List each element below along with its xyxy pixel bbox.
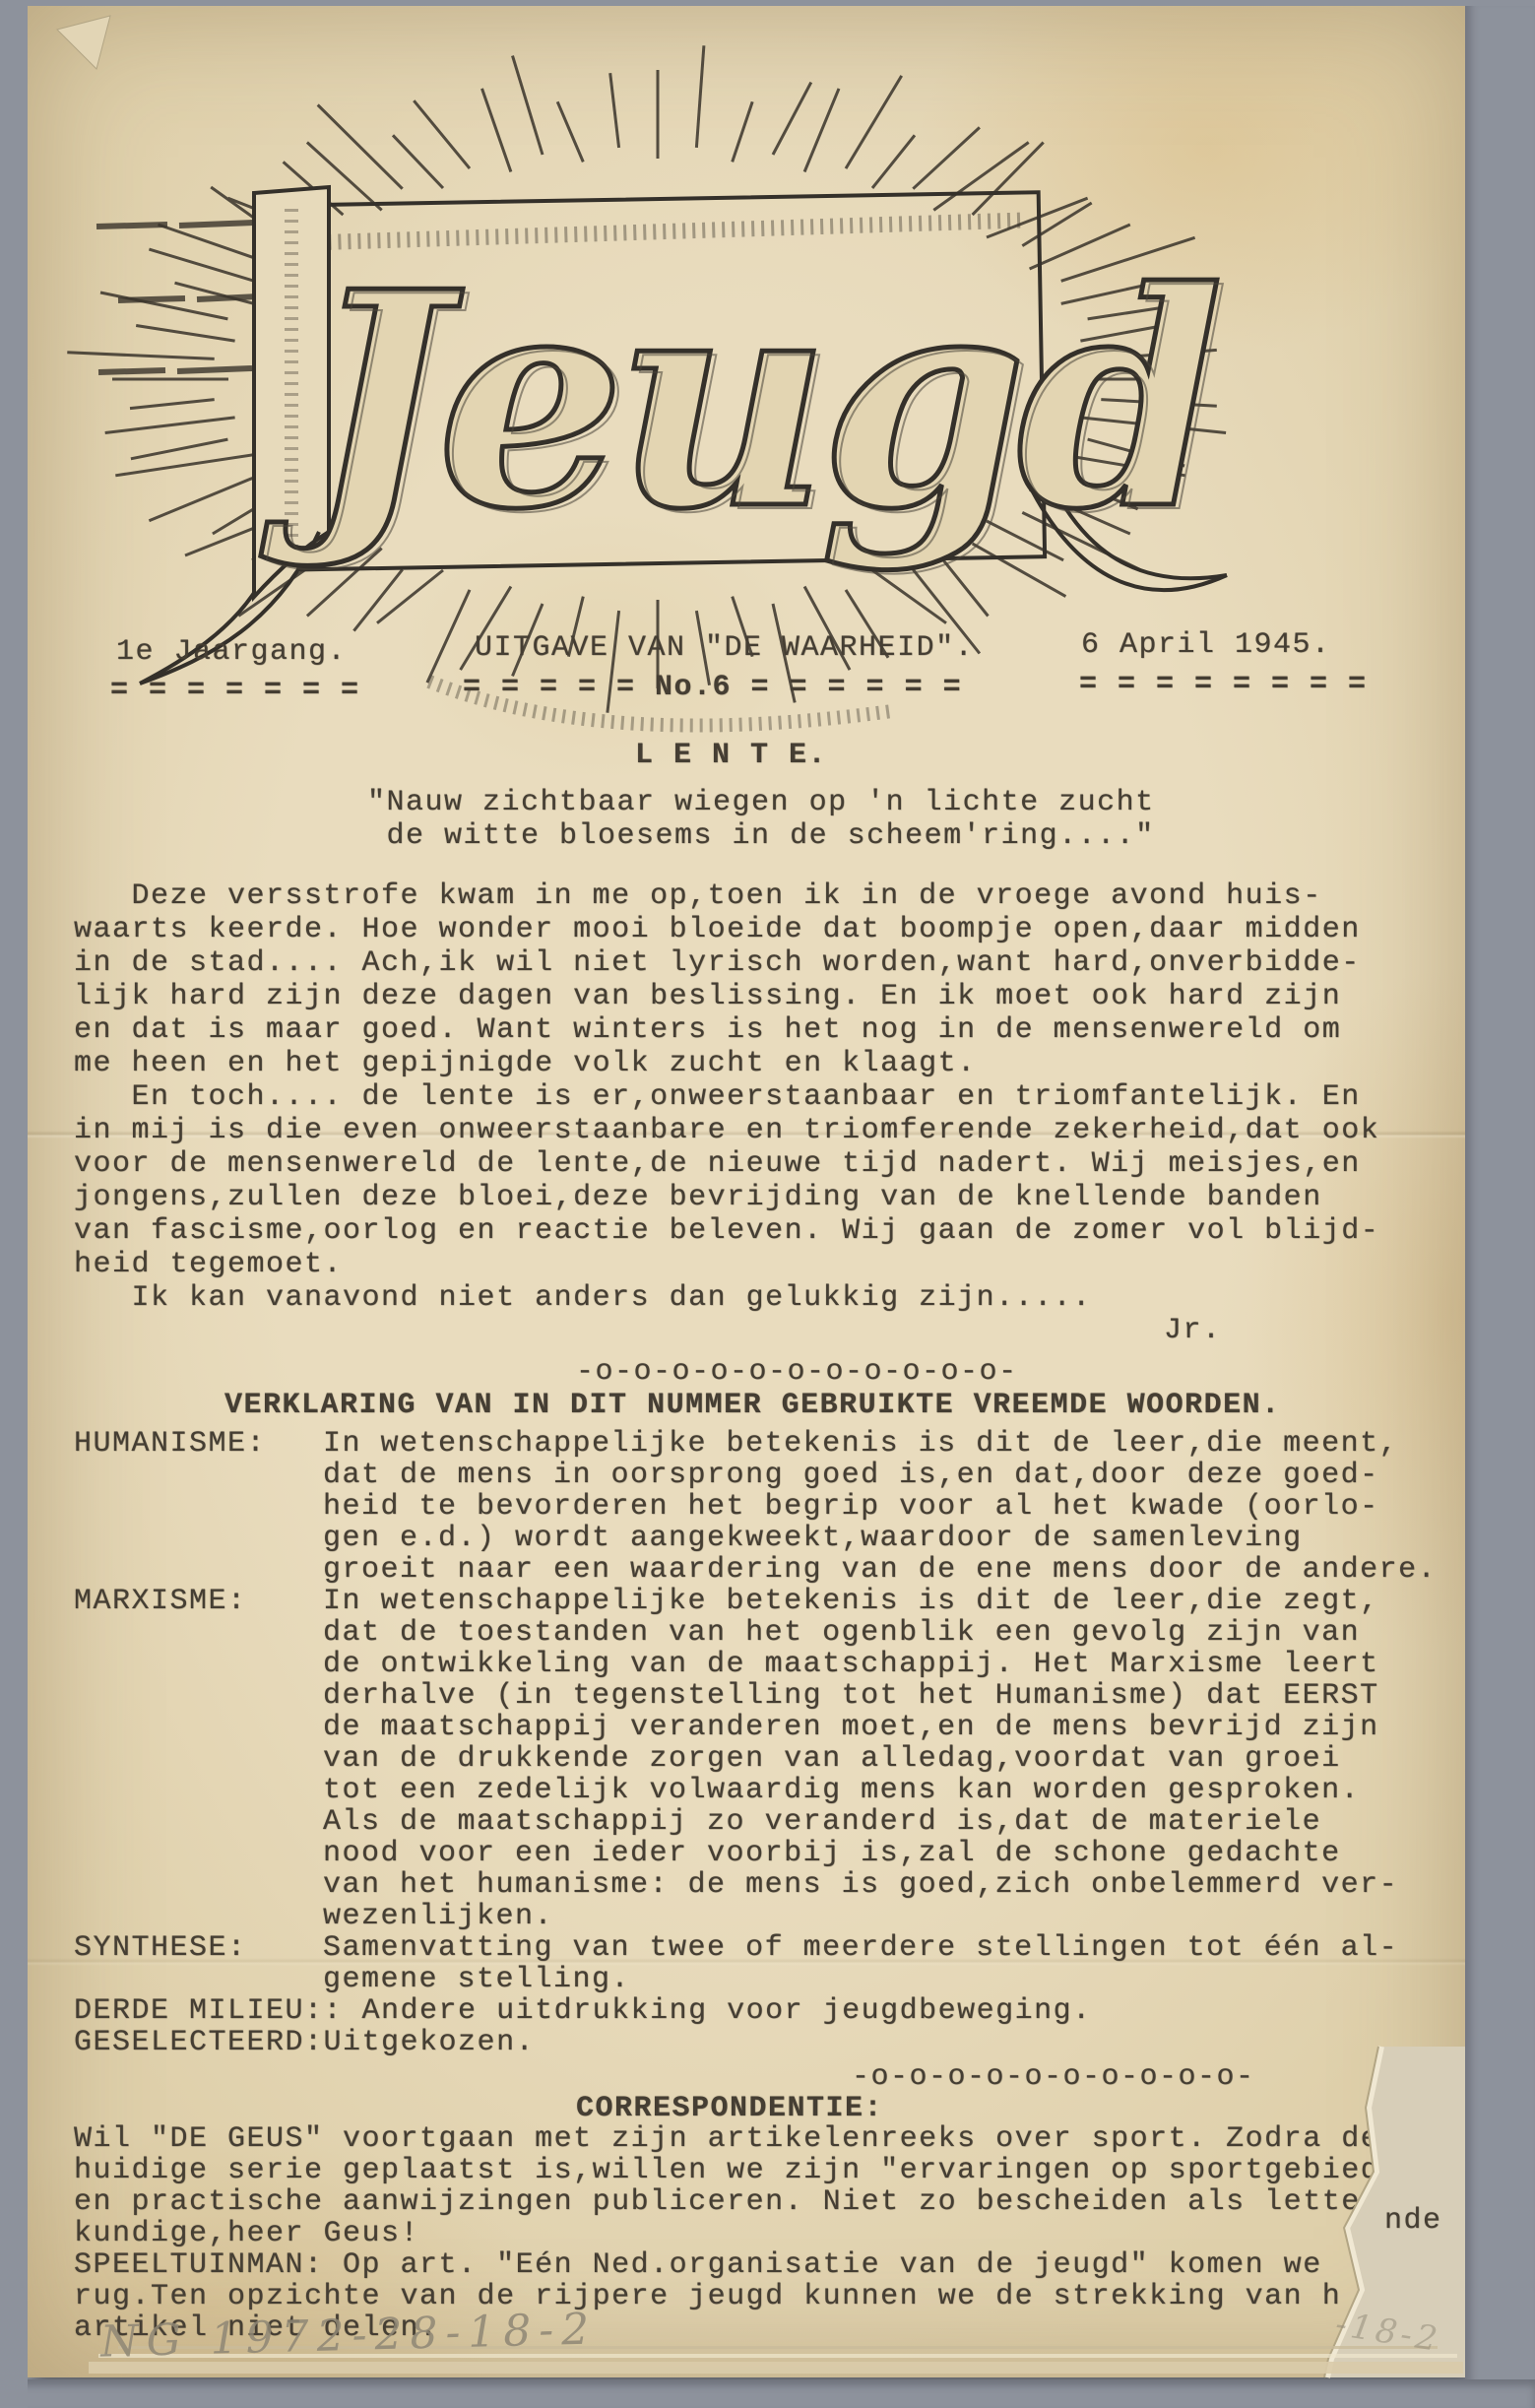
glossary-heading: VERKLARING VAN IN DIT NUMMER GEBRUIKTE V… (224, 1389, 1281, 1422)
glossary-line-geselecteerd: GESELECTEERD:Uitgekozen. (74, 2027, 535, 2058)
glossary-definition: Samenvatting van twee of meerdere stelli… (323, 1932, 1398, 1995)
torn-text-fragment: nde (1384, 2204, 1442, 2238)
publisher-label: UITGAVE VAN "DE WAARHEID". (475, 631, 974, 665)
date-label: 6 April 1945. (1081, 628, 1331, 662)
photo-background-top (0, 0, 1535, 6)
photo-background-right (1465, 0, 1535, 2408)
glossary-definition: In wetenschappelijke betekenis is dit de… (323, 1428, 1437, 1586)
article-signature: Jr. (1164, 1314, 1222, 1347)
correspondence-body: Wil "DE GEUS" voortgaan met zijn artikel… (74, 2123, 1379, 2344)
volume-underline: = = = = = = = (110, 674, 360, 707)
photo-background-left (0, 0, 28, 2408)
article-body: Deze versstrofe kwam in me op,toen ik in… (74, 879, 1379, 1315)
issue-number: = = = = = No.6 = = = = = = (463, 671, 962, 704)
glossary-term: HUMANISME: (74, 1428, 266, 1460)
section-divider: -o-o-o-o-o-o-o-o-o-o- (852, 2060, 1255, 2094)
correspondence-heading: CORRESPONDENTIE: (576, 2092, 883, 2125)
article-poem: "Nauw zichtbaar wiegen op 'n lichte zuch… (367, 786, 1155, 853)
glossary-term: SYNTHESE: (74, 1932, 247, 1964)
glossary-definition: In wetenschappelijke betekenis is dit de… (323, 1586, 1398, 1932)
photo-background-bottom (0, 2379, 1535, 2408)
volume-label: 1e Jaargang. (116, 635, 347, 669)
article-title: L E N T E. (635, 739, 827, 772)
section-divider: -o-o-o-o-o-o-o-o-o-o-o- (576, 1355, 1018, 1389)
scanned-document-photo: { "masthead": { "title": "Jeugd" }, "hea… (0, 0, 1535, 2408)
glossary-line-derde-milieu: DERDE MILIEU:: Andere uitdrukking voor j… (74, 1995, 1092, 2027)
glossary-term: MARXISME: (74, 1586, 247, 1617)
date-underline: = = = = = = = = (1079, 668, 1368, 701)
